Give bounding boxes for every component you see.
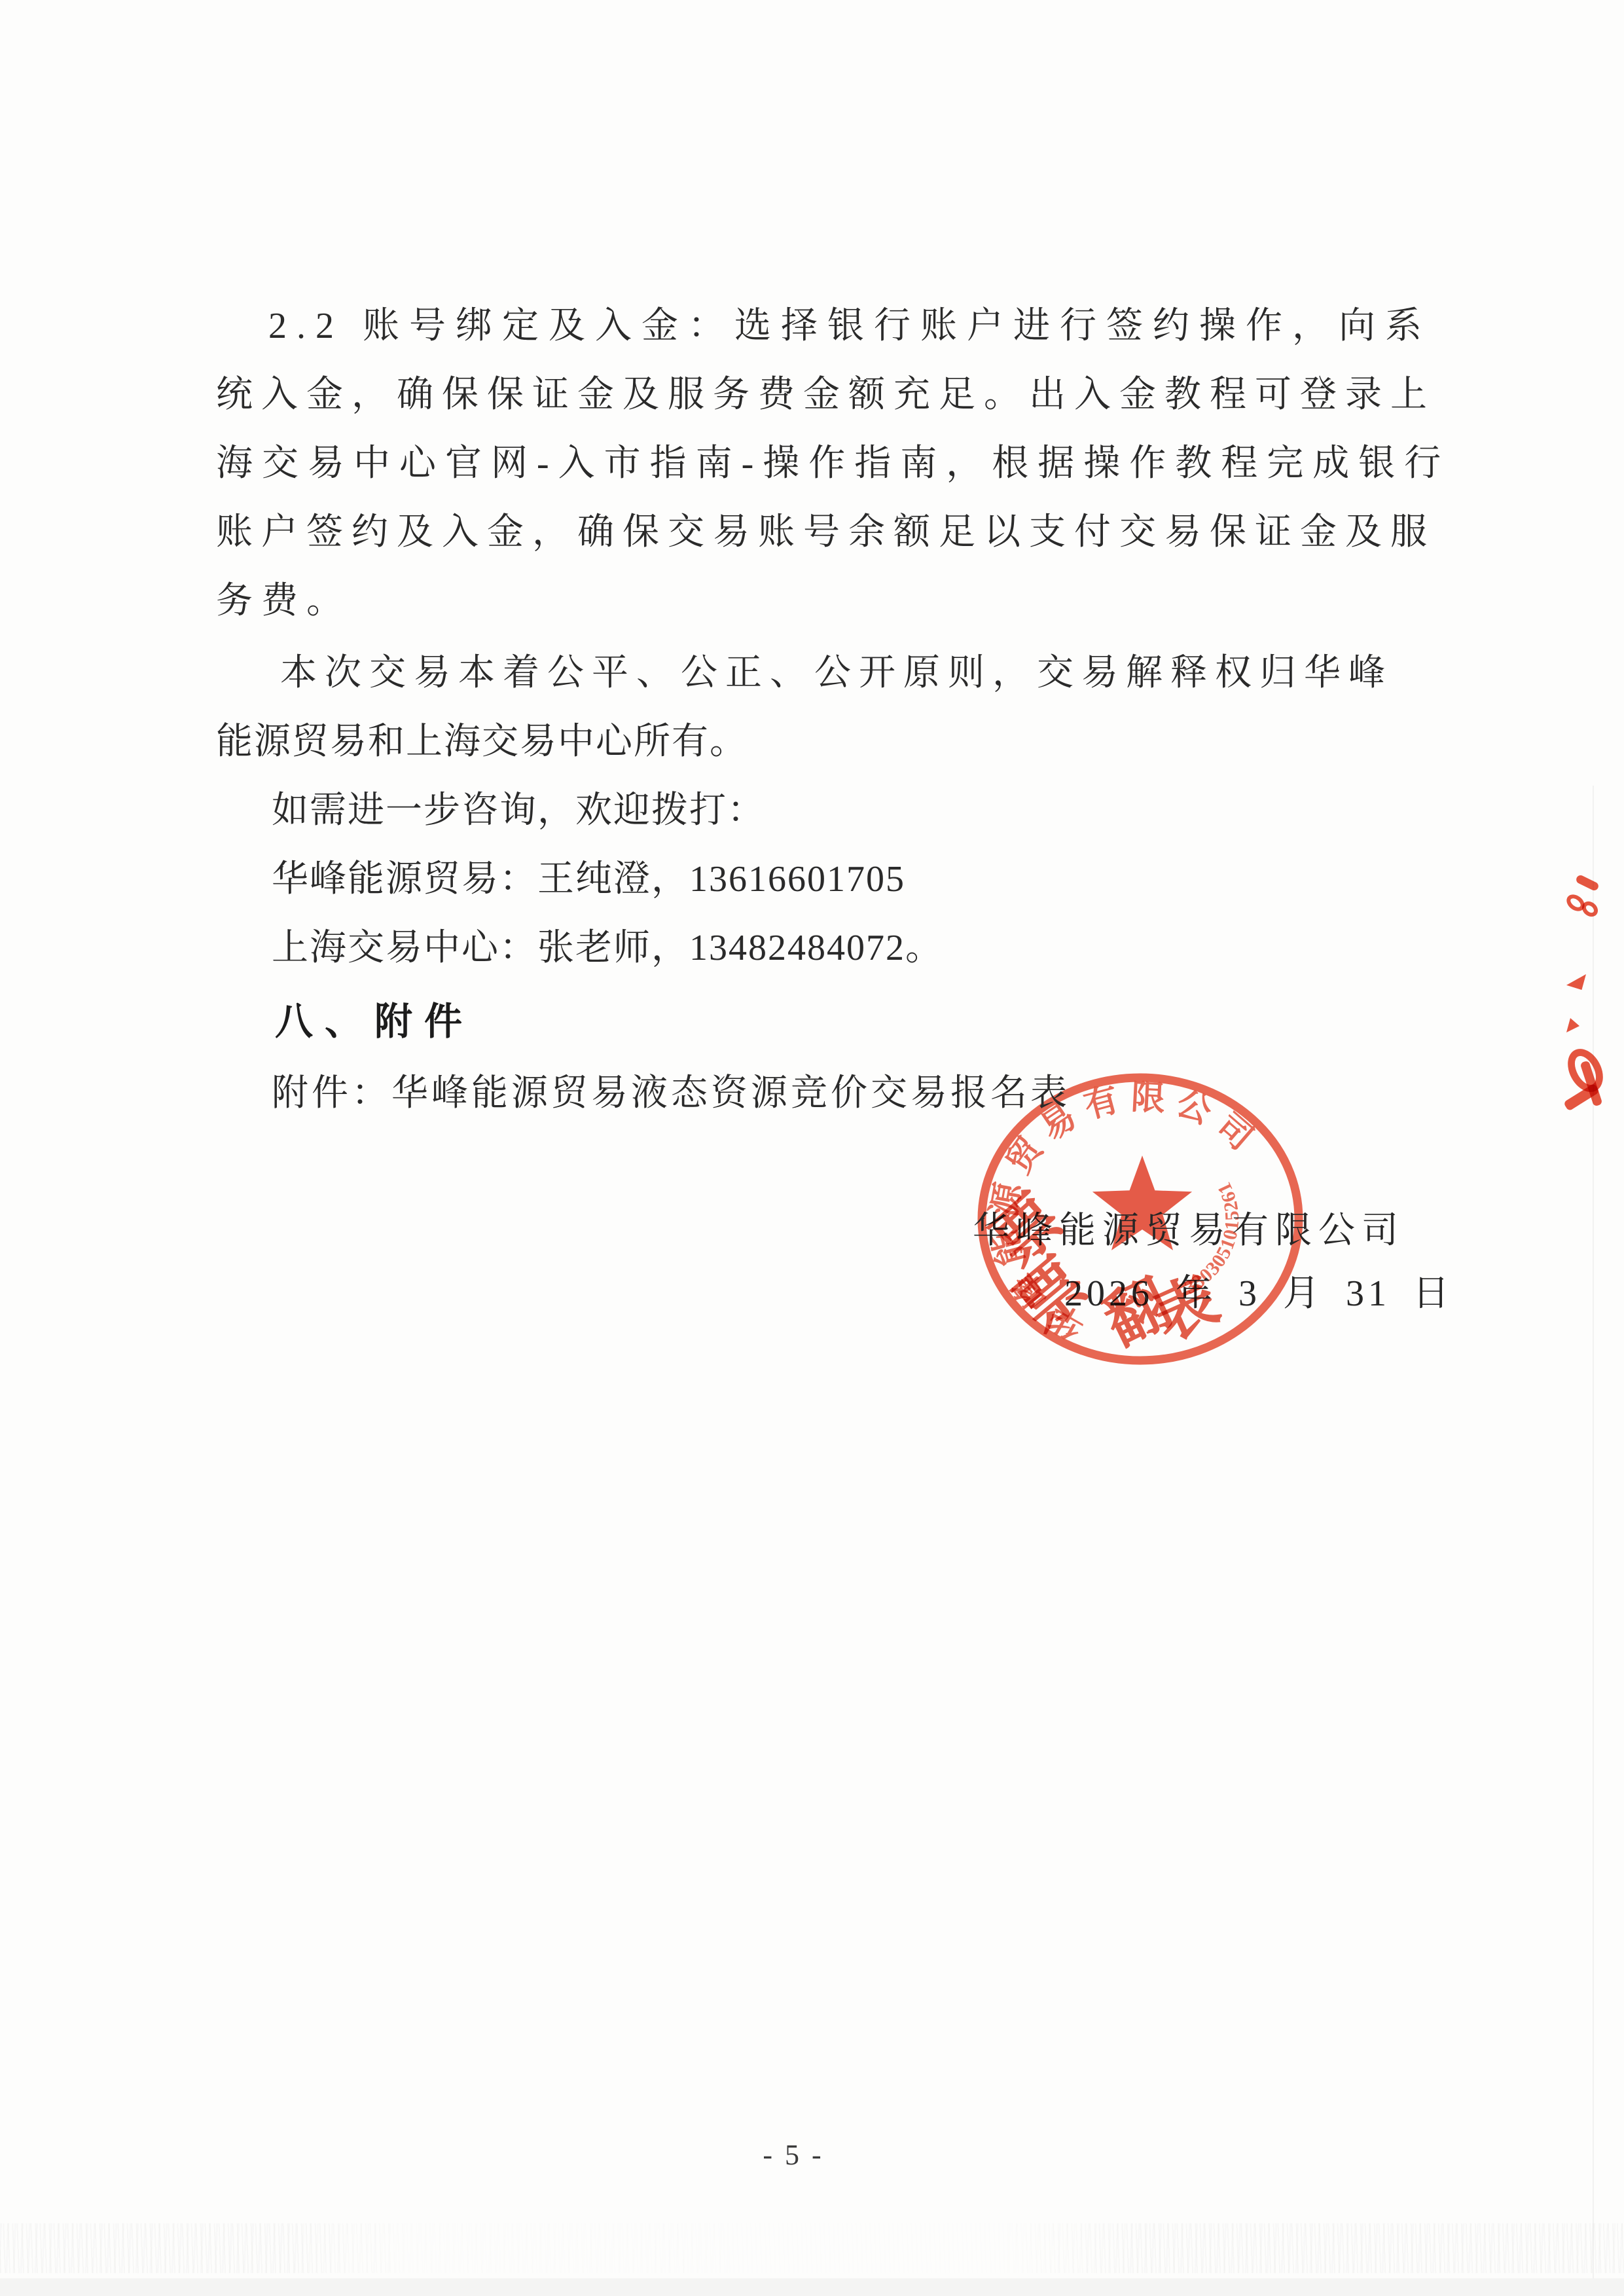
- scanned-document-page: { "document": { "para_22_lines": [ "2.2 …: [0, 0, 1624, 2296]
- paragraph-line: 本次交易本着公平、公正、公开原则，交易解释权归华峰: [280, 655, 1393, 691]
- section-heading: 八、附件: [275, 1003, 474, 1041]
- paragraph-line: 能源贸易和上海交易中心所有。: [216, 723, 748, 760]
- paragraph-line: 2.2 账号绑定及入金：选择银行账户进行签约操作，向系: [268, 308, 1432, 344]
- attachment-line: 附件：华峰能源贸易液态资源竞价交易报名表: [272, 1075, 1070, 1112]
- paragraph-line: 统入金，确保保证金及服务费金额充足。出入金教程可登录上: [216, 376, 1435, 413]
- scan-edge-line: [1593, 786, 1594, 2291]
- stamp-fragment: [1575, 874, 1600, 892]
- contact-intro-line: 如需进一步咨询，欢迎拨打：: [272, 792, 765, 829]
- stamp-fragment: [1566, 974, 1586, 990]
- stamp-fragment: [1566, 1018, 1579, 1032]
- paragraph-line: 务费。: [216, 583, 352, 619]
- paragraph-line: 账户签约及入金，确保交易账号余额足以支付交易保证金及服: [216, 514, 1435, 551]
- contact-line-shanghai: 上海交易中心：张老师，13482484072。: [272, 930, 943, 966]
- scan-noise-band: [0, 2223, 1624, 2273]
- scan-bottom-strip: [0, 2278, 1624, 2296]
- paragraph-line: 海交易中心官网-入市指南-操作指南，根据操作教程完成银行: [216, 445, 1450, 482]
- contact-line-huafeng: 华峰能源贸易：王纯澄，13616601705: [272, 861, 905, 898]
- page-number: - 5 -: [720, 2138, 867, 2172]
